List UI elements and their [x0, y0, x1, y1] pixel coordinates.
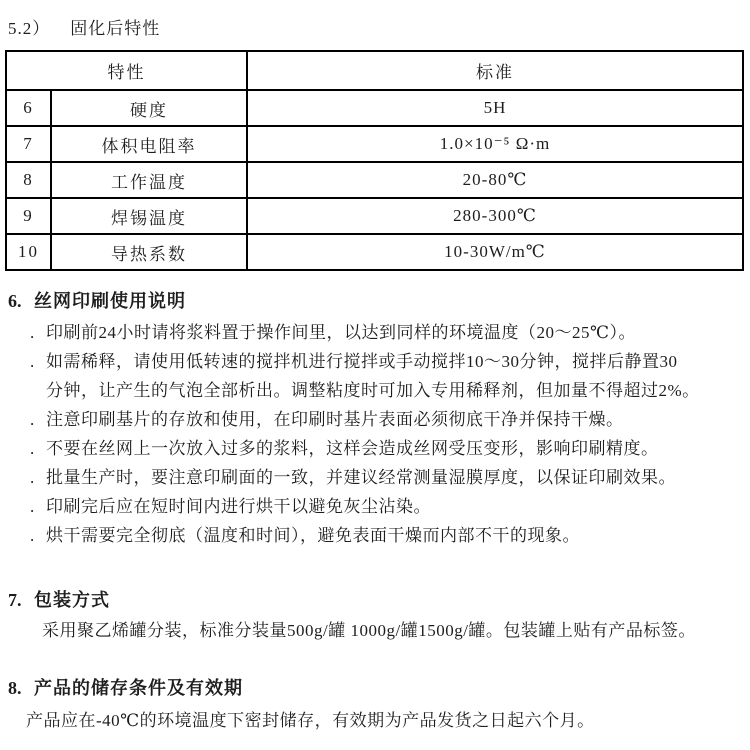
bullet-marker: . [30, 492, 46, 521]
bullet-item: . 批量生产时，要注意印刷面的一致，并建议经常测量湿膜厚度，以保证印刷效果。 [30, 463, 750, 492]
document-page: 5.2） 固化后特性 特性 标准 6 硬度 5H 7 体积电阻率 1.0×10⁻… [0, 0, 750, 736]
cell-standard: 5H [247, 90, 743, 126]
bullet-text: 烘干需要完全彻底（温度和时间），避免表面干燥而内部不干的现象。 [46, 521, 750, 550]
page-title-text: 固化后特性 [70, 14, 160, 39]
printing-bullet-list: . 印刷前24小时请将浆料置于操作间里，以达到同样的环境温度（20～25℃）。 … [30, 318, 750, 550]
section-number: 7. [8, 590, 34, 611]
cell-no: 9 [6, 198, 51, 234]
table-header-row: 特性 标准 [6, 51, 743, 90]
bullet-item: . 烘干需要完全彻底（温度和时间），避免表面干燥而内部不干的现象。 [30, 521, 750, 550]
cell-property: 工作温度 [51, 162, 247, 198]
bullet-item: . 注意印刷基片的存放和使用，在印刷时基片表面必须彻底干净并保持干燥。 [30, 405, 750, 434]
bullet-marker: . [30, 318, 46, 347]
bullet-text: 如需稀释，请使用低转速的搅拌机进行搅拌或手动搅拌10～30分钟，搅拌后静置30 … [46, 347, 750, 405]
cell-standard: 280-300℃ [247, 198, 743, 234]
table-row: 8 工作温度 20-80℃ [6, 162, 743, 198]
cell-property: 导热系数 [51, 234, 247, 270]
bullet-marker: . [30, 521, 46, 550]
bullet-marker: . [30, 434, 46, 463]
bullet-text: 印刷完后应在短时间内进行烘干以避免灰尘沾染。 [46, 492, 750, 521]
section-title: 丝网印刷使用说明 [34, 287, 186, 313]
bullet-marker: . [30, 405, 46, 434]
bullet-text-line: 分钟，让产生的气泡全部析出。调整粘度时可加入专用稀释剂，但加量不得超过2%。 [46, 376, 750, 405]
bullet-item: . 不要在丝网上一次放入过多的浆料，这样会造成丝网受压变形，影响印刷精度。 [30, 434, 750, 463]
bullet-item: . 如需稀释，请使用低转速的搅拌机进行搅拌或手动搅拌10～30分钟，搅拌后静置3… [30, 347, 750, 405]
table-row: 6 硬度 5H [6, 90, 743, 126]
page-title: 5.2） 固化后特性 [8, 14, 750, 39]
bullet-text: 批量生产时，要注意印刷面的一致，并建议经常测量湿膜厚度，以保证印刷效果。 [46, 463, 750, 492]
page-title-number: 5.2） [8, 14, 50, 39]
section-printing-heading: 6. 丝网印刷使用说明 [8, 287, 750, 313]
table-row: 10 导热系数 10-30W/m℃ [6, 234, 743, 270]
section-packaging-heading: 7. 包装方式 [8, 586, 750, 612]
section-title: 产品的储存条件及有效期 [34, 674, 243, 700]
table-row: 9 焊锡温度 280-300℃ [6, 198, 743, 234]
cell-standard: 20-80℃ [247, 162, 743, 198]
bullet-text-line: 如需稀释，请使用低转速的搅拌机进行搅拌或手动搅拌10～30分钟，搅拌后静置30 [46, 347, 750, 376]
section-number: 8. [8, 678, 34, 699]
cell-no: 8 [6, 162, 51, 198]
table-row: 7 体积电阻率 1.0×10⁻⁵ Ω·m [6, 126, 743, 162]
cell-no: 10 [6, 234, 51, 270]
bullet-text: 注意印刷基片的存放和使用，在印刷时基片表面必须彻底干净并保持干燥。 [46, 405, 750, 434]
packaging-body: 采用聚乙烯罐分装，标准分装量500g/罐 1000g/罐1500g/罐。包装罐上… [42, 616, 750, 646]
cell-standard: 1.0×10⁻⁵ Ω·m [247, 126, 743, 162]
cell-no: 7 [6, 126, 51, 162]
storage-body: 产品应在-40℃的环境温度下密封储存，有效期为产品发货之日起六个月。 [26, 706, 750, 736]
cell-property: 体积电阻率 [51, 126, 247, 162]
header-standard: 标准 [247, 51, 743, 90]
bullet-marker: . [30, 463, 46, 492]
section-title: 包装方式 [34, 586, 110, 612]
bullet-item: . 印刷前24小时请将浆料置于操作间里，以达到同样的环境温度（20～25℃）。 [30, 318, 750, 347]
header-property: 特性 [6, 51, 247, 90]
bullet-text: 不要在丝网上一次放入过多的浆料，这样会造成丝网受压变形，影响印刷精度。 [46, 434, 750, 463]
cell-standard: 10-30W/m℃ [247, 234, 743, 270]
cured-properties-table: 特性 标准 6 硬度 5H 7 体积电阻率 1.0×10⁻⁵ Ω·m 8 工作温… [5, 50, 744, 271]
cell-no: 6 [6, 90, 51, 126]
cell-property: 硬度 [51, 90, 247, 126]
cell-property: 焊锡温度 [51, 198, 247, 234]
section-storage-heading: 8. 产品的储存条件及有效期 [8, 674, 750, 700]
bullet-item: . 印刷完后应在短时间内进行烘干以避免灰尘沾染。 [30, 492, 750, 521]
bullet-text: 印刷前24小时请将浆料置于操作间里，以达到同样的环境温度（20～25℃）。 [46, 318, 750, 347]
bullet-marker: . [30, 347, 46, 405]
section-number: 6. [8, 291, 34, 312]
